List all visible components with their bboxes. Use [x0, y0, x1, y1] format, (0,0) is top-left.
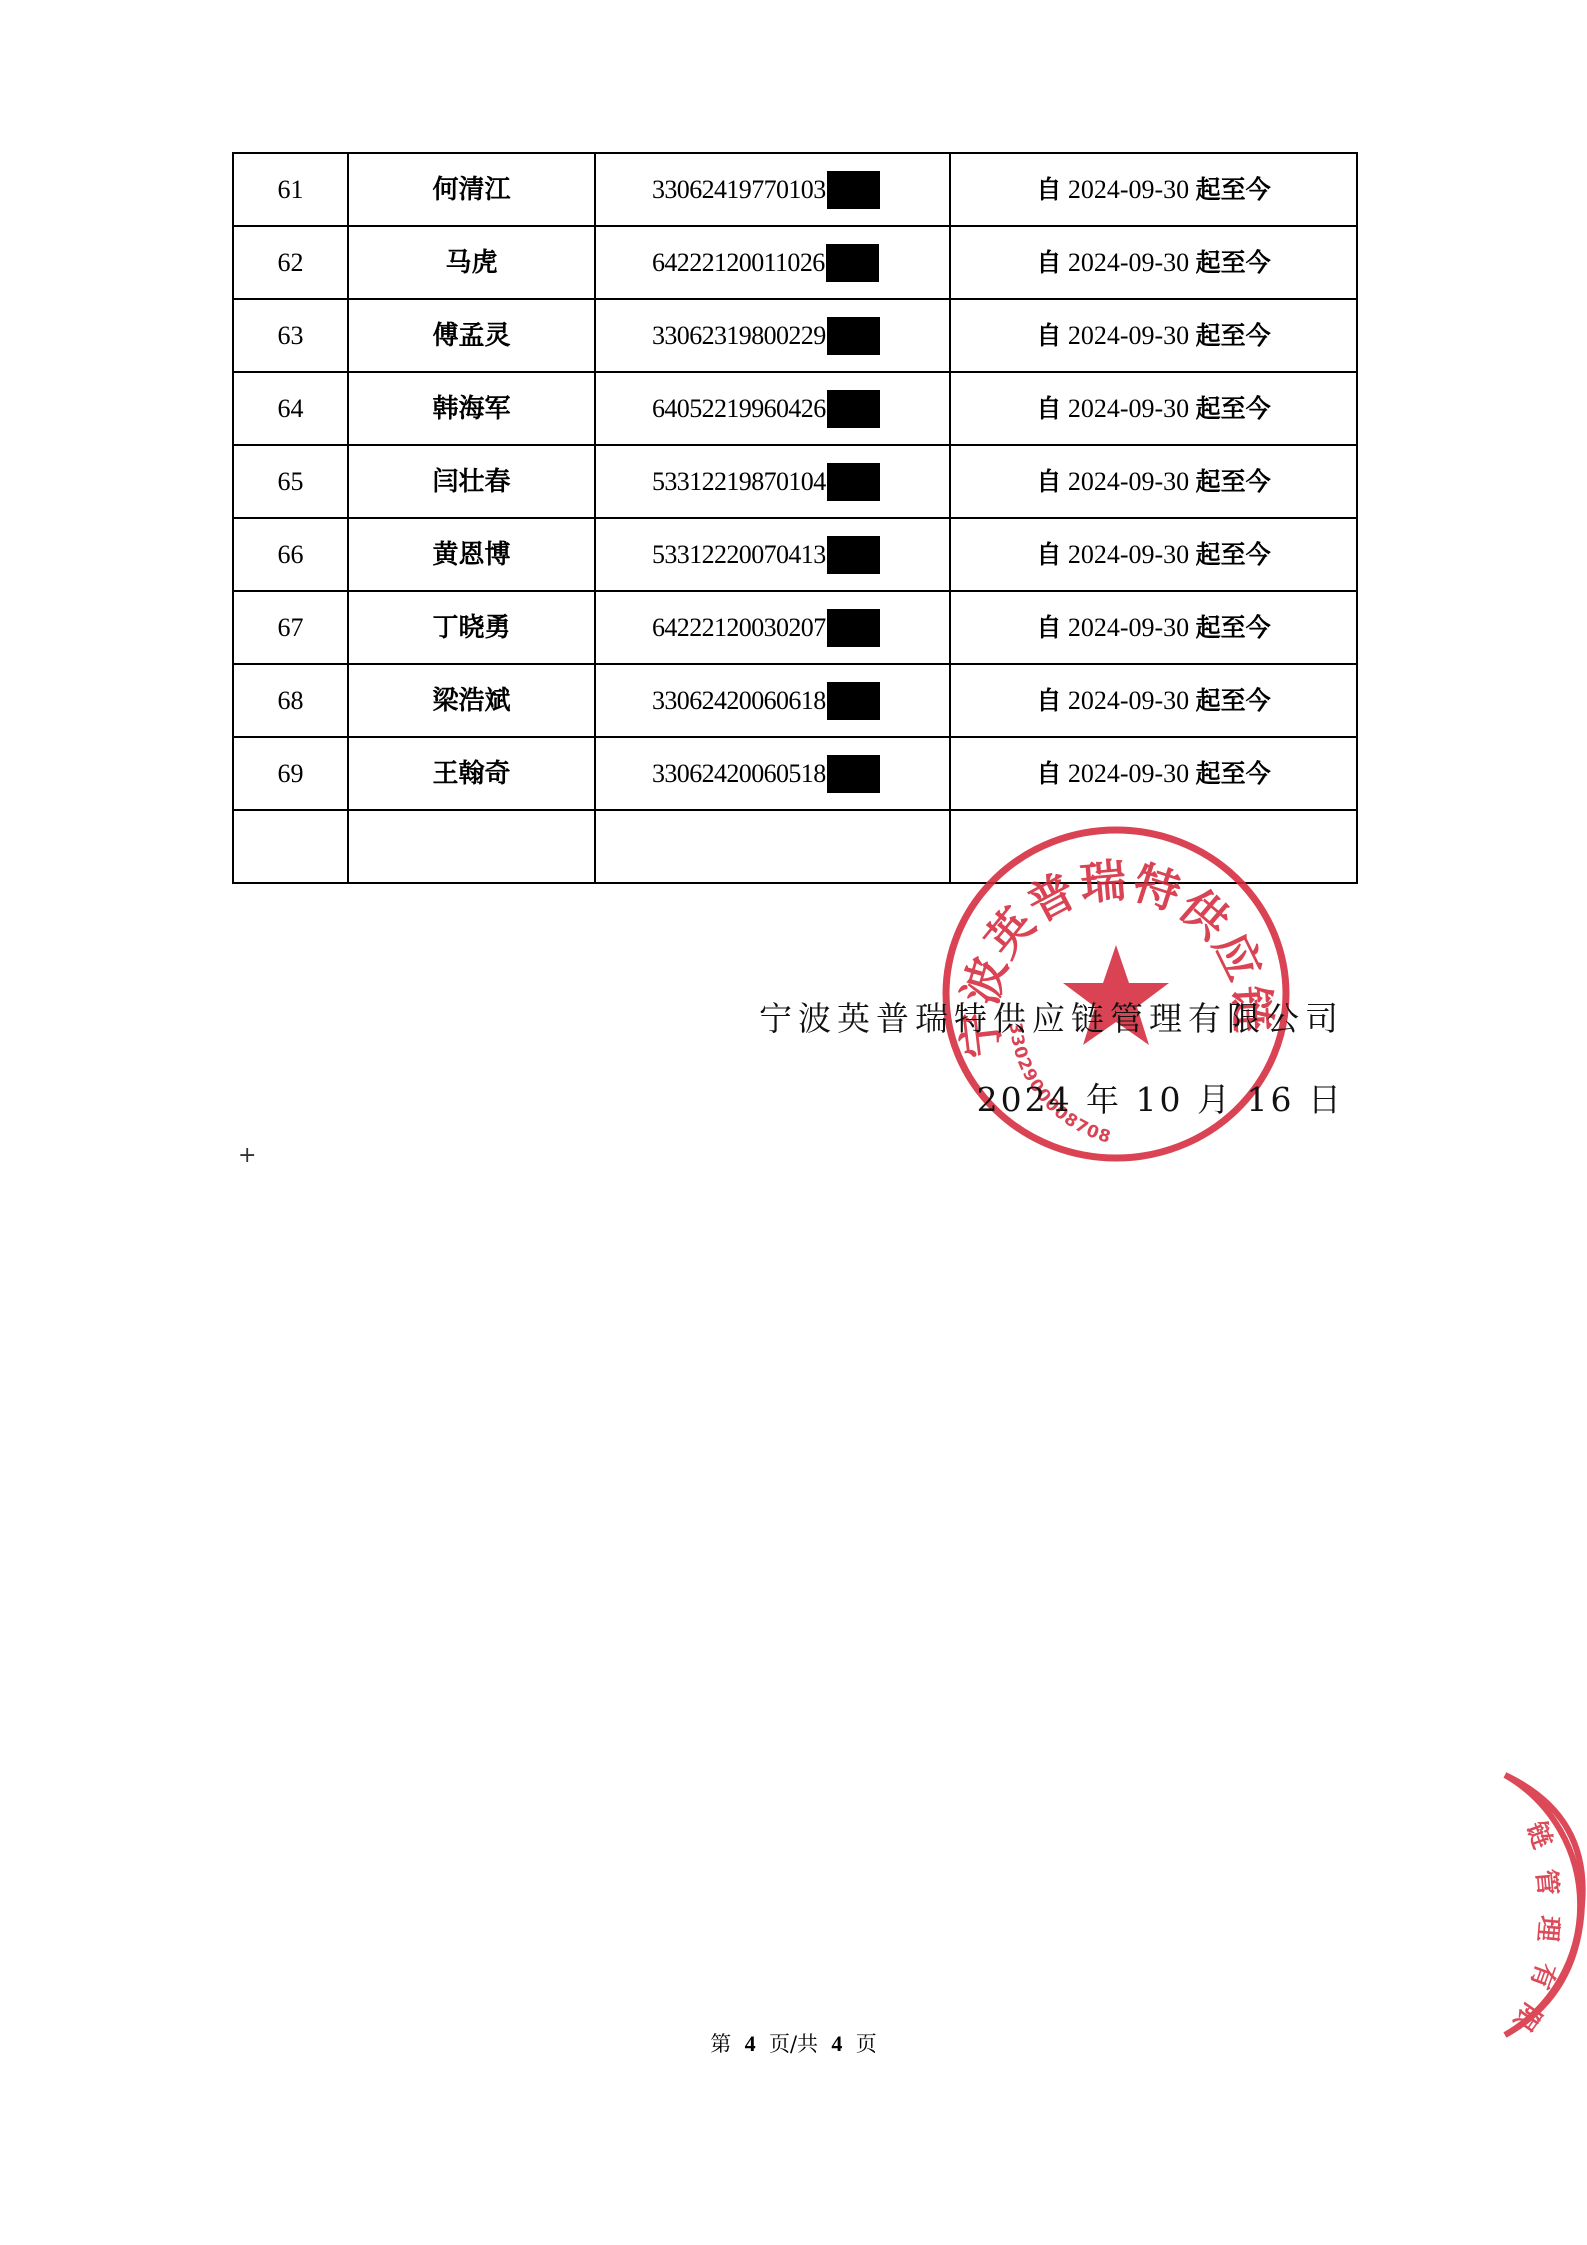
- table-row: 63傅孟灵33062319800229自 2024-09-30 起至今: [233, 299, 1357, 372]
- period-suffix: 起至今: [1196, 540, 1271, 569]
- cell-name: 闫壮春: [348, 445, 595, 518]
- redaction-block: [827, 463, 880, 501]
- redaction-block: [827, 536, 880, 574]
- cell-serial-number: [233, 810, 348, 883]
- paragraph-cursor-mark: +: [238, 1143, 256, 1168]
- id-number-text: 64222120030207: [652, 615, 826, 641]
- svg-text:理: 理: [1532, 1914, 1564, 1944]
- id-number-text: 33062420060618: [652, 688, 826, 714]
- cell-id-number: 64052219960426: [595, 372, 950, 445]
- period-date: 2024-09-30: [1068, 321, 1189, 350]
- cell-serial-number: 63: [233, 299, 348, 372]
- id-number-text: 53312220070413: [652, 542, 826, 568]
- cell-serial-number: 66: [233, 518, 348, 591]
- id-number-text: 33062419770103: [652, 177, 826, 203]
- period-suffix: 起至今: [1196, 248, 1271, 277]
- company-signature: 宁波英普瑞特供应链管理有限公司: [759, 993, 1344, 1040]
- period-suffix: 起至今: [1196, 467, 1271, 496]
- footer-suffix: 页: [856, 2032, 877, 2056]
- redaction-block: [826, 244, 879, 282]
- cell-serial-number: 65: [233, 445, 348, 518]
- cell-serial-number: 68: [233, 664, 348, 737]
- period-suffix: 起至今: [1196, 321, 1271, 350]
- id-number-text: 64052219960426: [652, 396, 826, 422]
- cell-name: 何清江: [348, 153, 595, 226]
- period-prefix: 自: [1036, 540, 1061, 569]
- cell-employment-period: 自 2024-09-30 起至今: [950, 518, 1357, 591]
- table-row: 61何清江33062419770103自 2024-09-30 起至今: [233, 153, 1357, 226]
- cell-serial-number: 61: [233, 153, 348, 226]
- table-row: 66黄恩博53312220070413自 2024-09-30 起至今: [233, 518, 1357, 591]
- period-date: 2024-09-30: [1068, 467, 1189, 496]
- period-date: 2024-09-30: [1068, 540, 1189, 569]
- period-date: 2024-09-30: [1068, 759, 1189, 788]
- page-footer: 第 4 页/共 4 页: [0, 2028, 1587, 2058]
- period-prefix: 自: [1036, 467, 1061, 496]
- table-row: 65闫壮春53312219870104自 2024-09-30 起至今: [233, 445, 1357, 518]
- period-date: 2024-09-30: [1068, 394, 1189, 423]
- period-suffix: 起至今: [1196, 613, 1271, 642]
- period-prefix: 自: [1036, 759, 1061, 788]
- table-row: 67丁晓勇64222120030207自 2024-09-30 起至今: [233, 591, 1357, 664]
- document-page: 61何清江33062419770103自 2024-09-30 起至今62马虎6…: [0, 0, 1587, 2245]
- period-prefix: 自: [1036, 248, 1061, 277]
- cell-employment-period: 自 2024-09-30 起至今: [950, 153, 1357, 226]
- period-prefix: 自: [1036, 686, 1061, 715]
- cell-name: 丁晓勇: [348, 591, 595, 664]
- cell-id-number: 33062420060518: [595, 737, 950, 810]
- cell-name: 王翰奇: [348, 737, 595, 810]
- seam-seal-partial: 链 管 理 有 限: [1490, 1755, 1587, 2055]
- id-number-text: 53312219870104: [652, 469, 826, 495]
- period-date: 2024-09-30: [1068, 686, 1189, 715]
- period-date: 2024-09-30: [1068, 248, 1189, 277]
- redaction-block: [827, 317, 880, 355]
- employee-table-body: 61何清江33062419770103自 2024-09-30 起至今62马虎6…: [233, 153, 1357, 883]
- cell-id-number: [595, 810, 950, 883]
- cell-employment-period: 自 2024-09-30 起至今: [950, 226, 1357, 299]
- cell-id-number: 33062420060618: [595, 664, 950, 737]
- id-number-text: 33062420060518: [652, 761, 826, 787]
- id-number-text: 33062319800229: [652, 323, 826, 349]
- cell-employment-period: [950, 810, 1357, 883]
- redaction-block: [827, 171, 880, 209]
- footer-middle: 页/共: [769, 2032, 818, 2056]
- cell-employment-period: 自 2024-09-30 起至今: [950, 299, 1357, 372]
- employee-table: 61何清江33062419770103自 2024-09-30 起至今62马虎6…: [232, 152, 1358, 884]
- cell-id-number: 53312219870104: [595, 445, 950, 518]
- cell-id-number: 64222120011026: [595, 226, 950, 299]
- cell-name: 韩海军: [348, 372, 595, 445]
- redaction-block: [827, 682, 880, 720]
- table-row: 62马虎64222120011026自 2024-09-30 起至今: [233, 226, 1357, 299]
- cell-employment-period: 自 2024-09-30 起至今: [950, 737, 1357, 810]
- period-suffix: 起至今: [1196, 394, 1271, 423]
- period-prefix: 自: [1036, 613, 1061, 642]
- svg-text:链: 链: [1520, 1818, 1557, 1853]
- svg-text:有: 有: [1524, 1958, 1561, 1993]
- cell-serial-number: 62: [233, 226, 348, 299]
- table-row: 64韩海军64052219960426自 2024-09-30 起至今: [233, 372, 1357, 445]
- redaction-block: [827, 390, 880, 428]
- cell-employment-period: 自 2024-09-30 起至今: [950, 372, 1357, 445]
- id-number-text: 64222120011026: [652, 250, 825, 276]
- cell-name: 傅孟灵: [348, 299, 595, 372]
- table-row: 69王翰奇33062420060518自 2024-09-30 起至今: [233, 737, 1357, 810]
- period-date: 2024-09-30: [1068, 613, 1189, 642]
- cell-serial-number: 64: [233, 372, 348, 445]
- period-suffix: 起至今: [1196, 686, 1271, 715]
- cell-name: 梁浩斌: [348, 664, 595, 737]
- period-suffix: 起至今: [1196, 175, 1271, 204]
- period-prefix: 自: [1036, 321, 1061, 350]
- redaction-block: [827, 609, 880, 647]
- footer-prefix: 第: [710, 2032, 731, 2056]
- cell-id-number: 33062419770103: [595, 153, 950, 226]
- footer-total-pages: 4: [831, 2031, 842, 2056]
- cell-name: [348, 810, 595, 883]
- cell-id-number: 53312220070413: [595, 518, 950, 591]
- cell-serial-number: 67: [233, 591, 348, 664]
- cell-employment-period: 自 2024-09-30 起至今: [950, 445, 1357, 518]
- table-row: [233, 810, 1357, 883]
- cell-name: 马虎: [348, 226, 595, 299]
- redaction-block: [827, 755, 880, 793]
- period-prefix: 自: [1036, 394, 1061, 423]
- period-date: 2024-09-30: [1068, 175, 1189, 204]
- cell-employment-period: 自 2024-09-30 起至今: [950, 664, 1357, 737]
- cell-id-number: 64222120030207: [595, 591, 950, 664]
- footer-current-page: 4: [745, 2031, 756, 2056]
- cell-serial-number: 69: [233, 737, 348, 810]
- period-suffix: 起至今: [1196, 759, 1271, 788]
- svg-text:管: 管: [1530, 1868, 1563, 1897]
- cell-name: 黄恩博: [348, 518, 595, 591]
- cell-employment-period: 自 2024-09-30 起至今: [950, 591, 1357, 664]
- cell-id-number: 33062319800229: [595, 299, 950, 372]
- period-prefix: 自: [1036, 175, 1061, 204]
- table-row: 68梁浩斌33062420060618自 2024-09-30 起至今: [233, 664, 1357, 737]
- signature-date: 2024 年 10 月 16 日: [977, 1074, 1344, 1121]
